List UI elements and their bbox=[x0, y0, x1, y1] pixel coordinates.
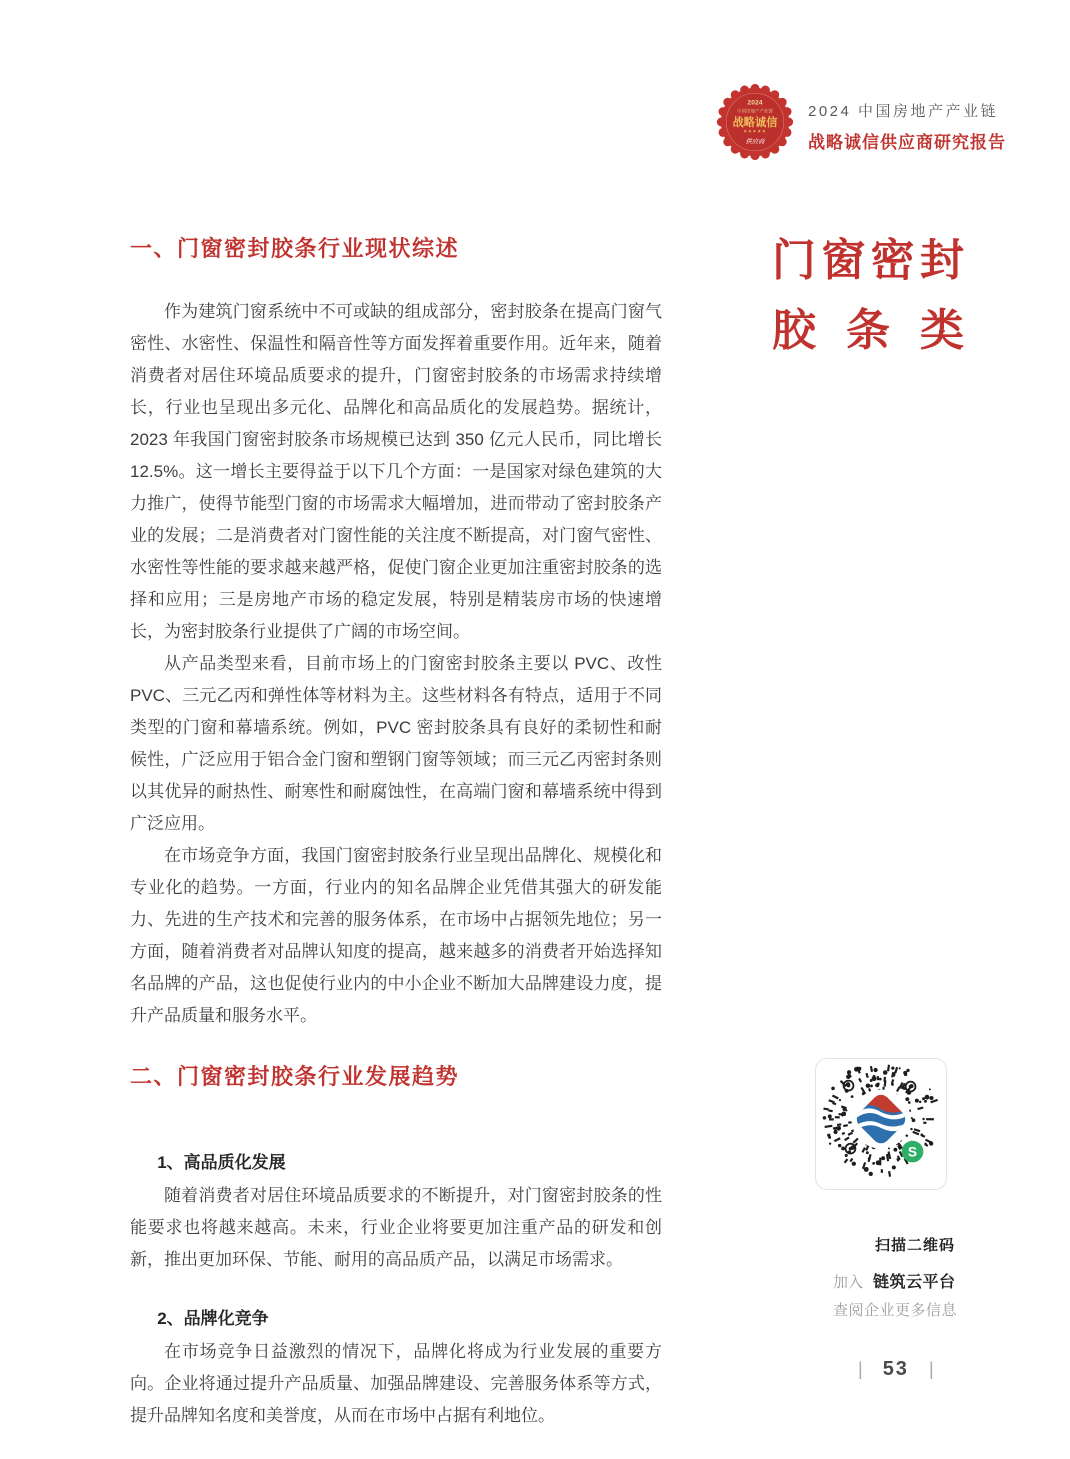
badge-stars: ★★★★★ bbox=[743, 129, 766, 134]
badge-year: 2024 bbox=[747, 99, 762, 106]
qr-join-prefix: 加入 bbox=[833, 1274, 863, 1291]
qr-captions: 扫描二维码 加入链筑云平台 查阅企业更多信息 bbox=[833, 1234, 961, 1320]
qr-code-card: S bbox=[815, 1058, 947, 1190]
badge-ring-text: 中国房地产产业链 bbox=[737, 107, 773, 114]
miniprogram-icon: S bbox=[902, 1141, 924, 1163]
page-header: 2024 中国房地产产业链 战略诚信 ★★★★★ 供应商 2024 中国房地产产… bbox=[716, 83, 1006, 161]
qr-join-line: 加入链筑云平台 bbox=[833, 1269, 961, 1292]
page-number: | 53 | bbox=[858, 1358, 934, 1381]
section1-heading: 一、门窗密封胶条行业现状综述 bbox=[130, 234, 662, 264]
subsection1-text: 随着消费者对居住环境品质要求的不断提升，对门窗密封胶条的性能要求也将越来越高。未… bbox=[130, 1180, 662, 1276]
subsection-branding: 2、品牌化竞争 在市场竞争日益激烈的情况下，品牌化将成为行业发展的重要方向。企业… bbox=[130, 1304, 662, 1432]
report-title: 战略诚信供应商研究报告 bbox=[808, 128, 1006, 153]
svg-text:S: S bbox=[908, 1145, 917, 1160]
section2-heading: 二、门窗密封胶条行业发展趋势 bbox=[130, 1062, 662, 1092]
header-titles: 2024 中国房地产产业链 战略诚信供应商研究报告 bbox=[808, 92, 1006, 153]
qr-platform-name: 链筑云平台 bbox=[873, 1274, 956, 1291]
badge-main-text: 战略诚信 bbox=[733, 115, 779, 129]
page-number-bar-right: | bbox=[929, 1359, 934, 1380]
subsection-quality: 1、高品质化发展 随着消费者对居住环境品质要求的不断提升，对门窗密封胶条的性能要… bbox=[130, 1148, 662, 1276]
qr-code: S bbox=[816, 1059, 946, 1189]
subsection2-title: 2、品牌化竞争 bbox=[130, 1304, 662, 1334]
report-page: 2024 中国房地产产业链 战略诚信 ★★★★★ 供应商 2024 中国房地产产… bbox=[0, 0, 1070, 1459]
series-title: 2024 中国房地产产业链 bbox=[808, 100, 1006, 121]
category-title-line1: 门窗密封 bbox=[772, 226, 964, 296]
page-number-bar-left: | bbox=[858, 1359, 863, 1380]
page-number-value: 53 bbox=[883, 1358, 909, 1381]
main-text-column: 一、门窗密封胶条行业现状综述 作为建筑门窗系统中不可或缺的组成部分，密封胶条在提… bbox=[130, 234, 662, 1432]
qr-center-logo bbox=[851, 1090, 910, 1149]
category-title: 门窗密封 胶条类 bbox=[772, 226, 964, 366]
subsection2-text: 在市场竞争日益激烈的情况下，品牌化将成为行业发展的重要方向。企业将通过提升产品质… bbox=[130, 1336, 662, 1432]
section1-paragraph-2: 从产品类型来看，目前市场上的门窗密封胶条主要以 PVC、改性 PVC、三元乙丙和… bbox=[130, 648, 662, 840]
qr-description: 查阅企业更多信息 bbox=[833, 1299, 961, 1320]
category-title-line2: 胶条类 bbox=[772, 296, 964, 366]
subsection1-title: 1、高品质化发展 bbox=[130, 1148, 662, 1178]
qr-scan-hint: 扫描二维码 bbox=[833, 1234, 961, 1255]
section1-paragraph-3: 在市场竞争方面，我国门窗密封胶条行业呈现出品牌化、规模化和专业化的趋势。一方面，… bbox=[130, 840, 662, 1032]
section1-paragraph-1: 作为建筑门窗系统中不可或缺的组成部分，密封胶条在提高门窗气密性、水密性、保温性和… bbox=[130, 296, 662, 648]
strategic-integrity-seal-icon: 2024 中国房地产产业链 战略诚信 ★★★★★ 供应商 bbox=[716, 83, 794, 161]
badge-script-text: 供应商 bbox=[746, 137, 767, 145]
